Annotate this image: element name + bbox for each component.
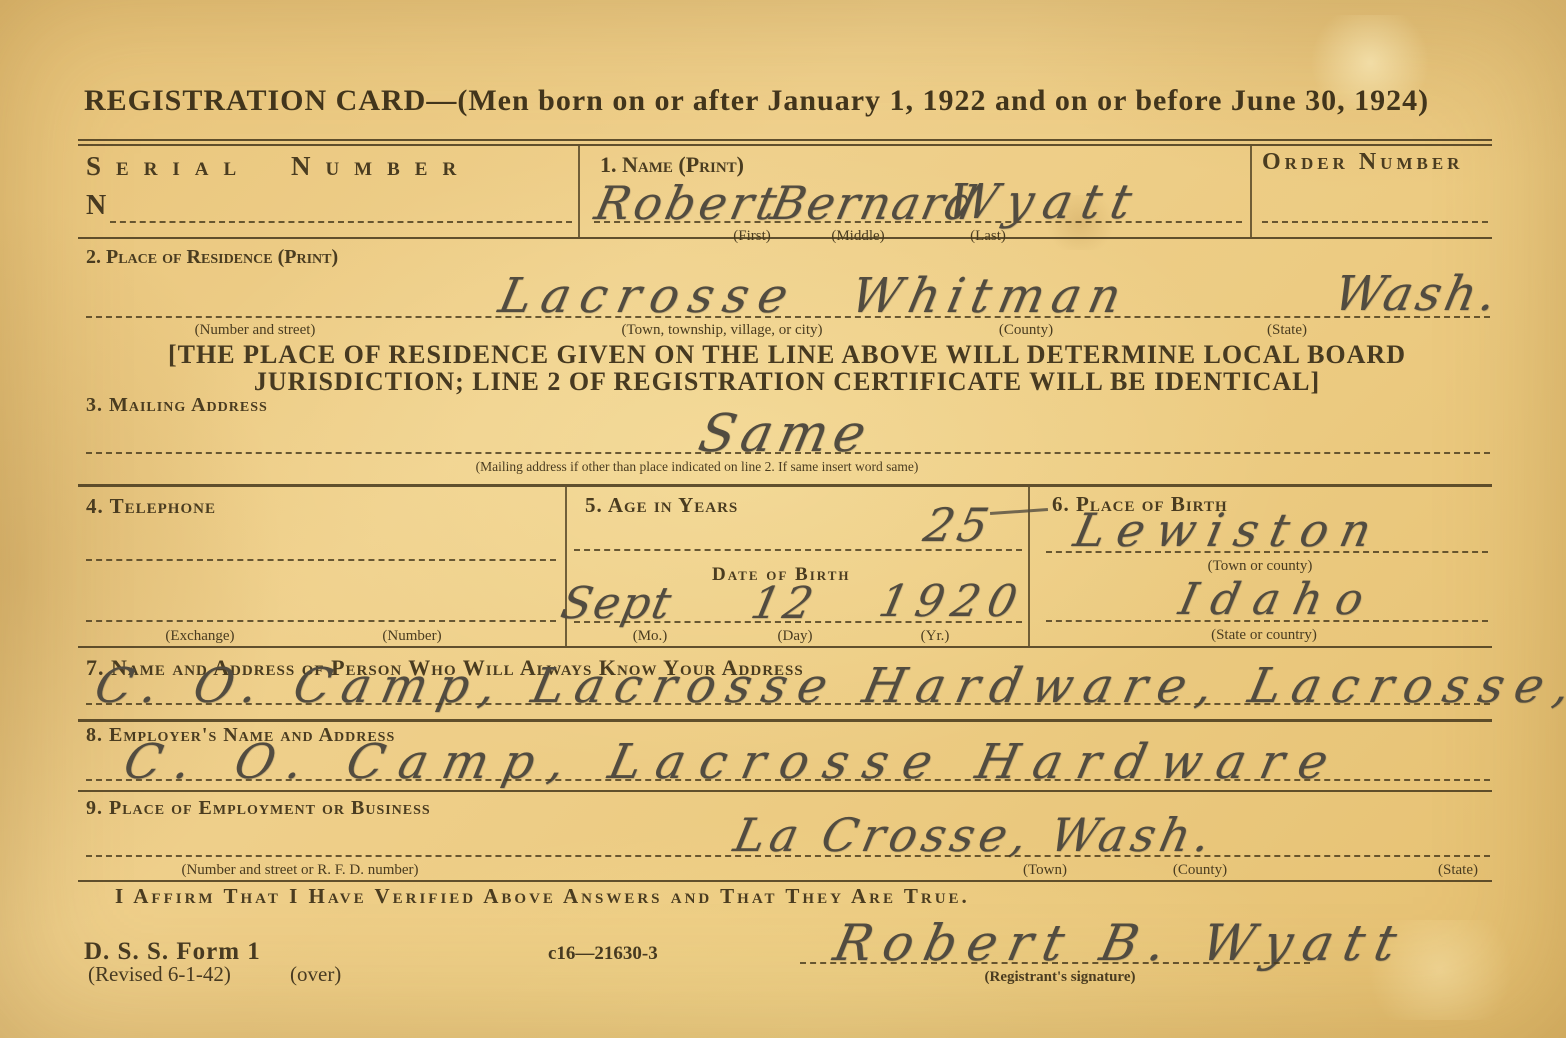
over-note: (over) [290, 962, 341, 987]
month-caption: (Mo.) [633, 628, 668, 645]
birth-state-caption: (State or country) [1211, 627, 1317, 644]
exchange-caption: (Exchange) [165, 628, 234, 645]
employer-entry-line [86, 779, 1490, 781]
employment-label: 9. Place of Employment or Business [86, 797, 431, 820]
row-divider [78, 880, 1492, 882]
age-label: 5. Age in Years [585, 493, 738, 518]
contact-entry-line [86, 703, 1490, 705]
order-number-label: Order Number [1262, 149, 1463, 176]
handwritten-age: 25 [919, 498, 997, 552]
column-divider [1250, 146, 1252, 237]
street-caption: (Number and street) [195, 322, 316, 339]
number-caption: (Number) [382, 628, 441, 645]
local-board-notice-line1: [THE PLACE OF RESIDENCE GIVEN ON THE LIN… [84, 340, 1490, 370]
handwritten-employment-place: La Crosse, Wash. [729, 808, 1220, 862]
mailing-address-label: 3. Mailing Address [86, 394, 268, 417]
employment-county-caption: (County) [1173, 862, 1227, 879]
birth-town-entry-line [1046, 551, 1488, 553]
print-code: c16—21630-3 [548, 943, 658, 965]
birth-state-entry-line [1046, 620, 1488, 622]
row-divider [78, 790, 1492, 792]
handwritten-contact: C. O. Camp, Lacrosse Hardware, Lacrosse,… [90, 658, 1566, 714]
age-entry-line [574, 549, 1022, 551]
form-revision: (Revised 6-1-42) [88, 962, 231, 987]
handwritten-mailing-address: Same [694, 404, 877, 464]
handwritten-birth-year: 1920 [875, 576, 1030, 627]
state-caption: (State) [1267, 322, 1307, 339]
dob-entry-line [574, 621, 1022, 623]
year-caption: (Yr.) [921, 628, 950, 645]
day-caption: (Day) [778, 628, 813, 645]
handwritten-birth-state: Idaho [1175, 574, 1382, 625]
local-board-notice-line2: JURISDICTION; LINE 2 OF REGISTRATION CER… [84, 367, 1490, 397]
telephone-entry-line [86, 559, 556, 561]
order-entry-line [1262, 221, 1488, 223]
handwritten-residence-state: Wash. [1329, 266, 1505, 322]
handwritten-first-name: Robert [590, 176, 785, 230]
card-title: REGISTRATION CARD—(Men born on or after … [84, 84, 1429, 118]
employment-town-caption: (Town) [1023, 862, 1067, 879]
telephone-label: 4. Telephone [86, 494, 216, 519]
row-divider [78, 719, 1492, 722]
county-caption: (County) [999, 322, 1053, 339]
employment-entry-line [86, 855, 1490, 857]
column-divider [578, 146, 580, 237]
pen-stroke [990, 508, 1048, 515]
row-divider [78, 237, 1492, 239]
serial-entry-line [110, 221, 572, 223]
handwritten-birth-town: Lewiston [1069, 503, 1388, 557]
handwritten-last-name: Wyatt [942, 174, 1146, 230]
signature-entry-line [800, 962, 1310, 964]
name-field-label: 1. Name (Print) [600, 152, 744, 178]
telephone-entry-line2 [86, 620, 556, 622]
employment-state-caption: (State) [1438, 862, 1478, 879]
serial-number-value: N [86, 190, 106, 222]
birth-town-caption: (Town or county) [1208, 558, 1313, 575]
residence-label: 2. Place of Residence (Print) [86, 246, 338, 269]
employment-street-caption: (Number and street or R. F. D. number) [181, 862, 418, 879]
residence-entry-line [86, 316, 1490, 318]
registration-card: REGISTRATION CARD—(Men born on or after … [0, 0, 1566, 1038]
mailing-caption: (Mailing address if other than place ind… [476, 459, 919, 475]
mailing-entry-line [86, 452, 1490, 454]
handwritten-employer: C. O. Camp, Lacrosse Hardware [119, 734, 1348, 790]
row-divider [78, 484, 1492, 487]
serial-number-label: Serial Number [86, 151, 471, 182]
affirmation-statement: I Affirm That I Have Verified Above Answ… [115, 884, 970, 909]
row-divider [78, 646, 1492, 648]
title-rule-bottom [78, 144, 1492, 146]
town-caption: (Town, township, village, or city) [622, 322, 823, 339]
signature-caption: (Registrant's signature) [985, 969, 1136, 986]
title-rule-top [78, 139, 1492, 141]
